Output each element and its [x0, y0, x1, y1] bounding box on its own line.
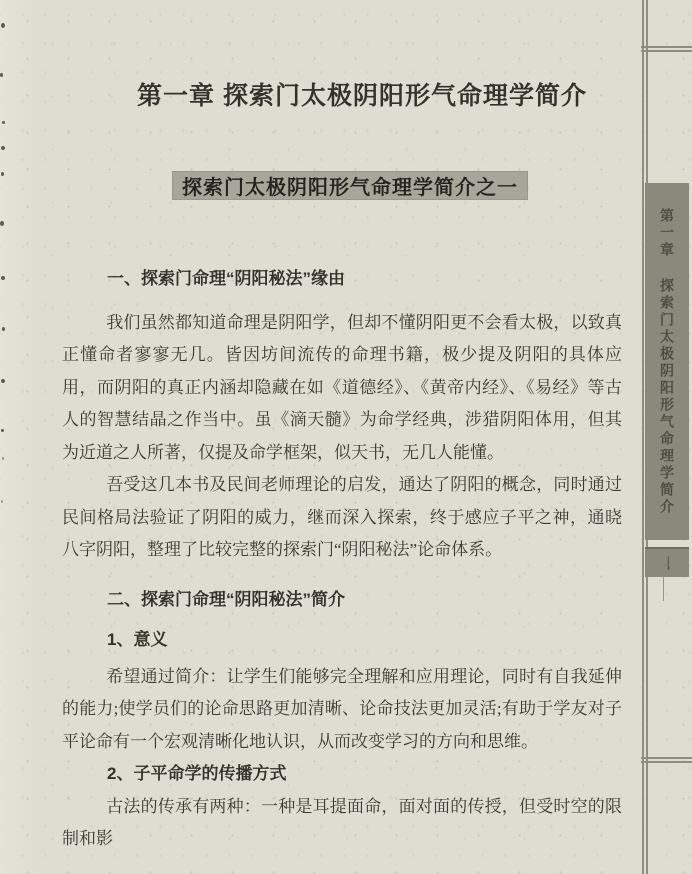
paragraph-transmission: 古法的传承有两种：一种是耳提面命，面对面的传授，但受时空的限制和影	[62, 791, 622, 856]
section-banner-text: 探索门太极阴阳形气命理学简介之一	[182, 171, 518, 200]
side-tab-page-number-text: 一	[657, 556, 677, 570]
side-tab-page-number: 一	[645, 547, 689, 577]
side-tab-chapter-text: 第一章 探索门太极阴阳形气命理学简介	[657, 208, 677, 516]
heading-yinyang-origin: 一、探索门命理“阴阳秘法”缘由	[62, 263, 622, 296]
top-margin-rule-2	[641, 50, 692, 52]
side-tab-chapter: 第一章 探索门太极阴阳形气命理学简介	[645, 183, 689, 540]
bottom-margin-rule-1	[641, 757, 692, 759]
subheading-significance: 1、意义	[62, 624, 622, 657]
scan-artifact-line	[663, 575, 664, 601]
top-margin-rule-1	[641, 46, 692, 48]
heading-yinyang-intro: 二、探索门命理“阴阳秘法”简介	[62, 584, 622, 617]
paragraph-origin-2: 吾受这几本书及民间老师理论的启发，通达了阴阳的概念，同时通过民间格局法验证了阴阳…	[62, 469, 622, 567]
body-text-block: 一、探索门命理“阴阳秘法”缘由 我们虽然都知道命理是阴阳学，但却不懂阴阳更不会看…	[62, 263, 622, 856]
chapter-title: 第一章 探索门太极阴阳形气命理学简介	[137, 76, 587, 112]
section-banner: 探索门太极阴阳形气命理学简介之一	[172, 171, 528, 200]
scanned-book-page: 第一章 探索门太极阴阳形气命理学简介 探索门太极阴阳形气命理学简介之一 一、探索…	[0, 0, 692, 874]
paragraph-significance: 希望通过简介：让学生们能够完全理解和应用理论，同时有自我延伸的能力;使学员们的论…	[62, 661, 622, 759]
subheading-transmission: 2、子平命学的传播方式	[62, 758, 622, 791]
paragraph-origin-1: 我们虽然都知道命理是阴阳学，但却不懂阴阳更不会看太极，以致真正懂命者寥寥无几。皆…	[62, 307, 622, 470]
right-border-rule-outer	[642, 0, 644, 874]
bottom-margin-rule-2	[641, 761, 692, 763]
